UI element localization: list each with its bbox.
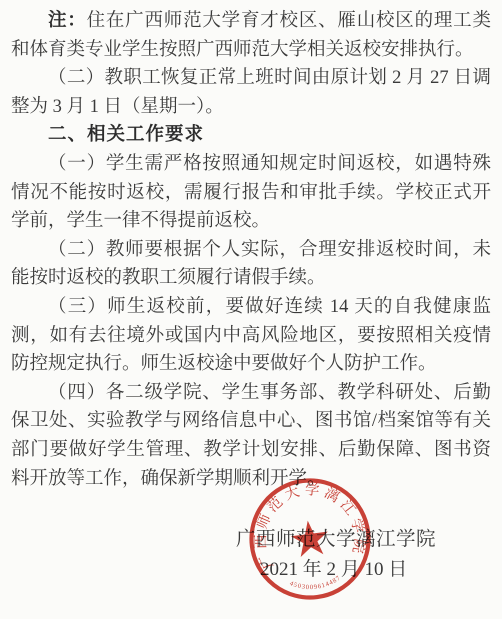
notice-document-page: 注：住在广西师范大学育才校区、雁山校区的理工类和体育类专业学生按照广西师范大学相… xyxy=(0,0,502,619)
staff-schedule-paragraph: （二）教职工恢复正常上班时间由原计划 2 月 27 日调整为 3 月 1 日（星… xyxy=(11,64,491,121)
document-body: 注：住在广西师范大学育才校区、雁山校区的理工类和体育类专业学生按照广西师范大学相… xyxy=(0,0,502,493)
requirement-paragraph-1: （一）学生需严格按照通知规定时间返校，如遇特殊情况不能按时返校，需履行报告和审批… xyxy=(11,150,491,236)
note-label: 注： xyxy=(48,11,87,31)
note-paragraph: 注：住在广西师范大学育才校区、雁山校区的理工类和体育类专业学生按照广西师范大学相… xyxy=(11,7,491,64)
seal-star-icon xyxy=(289,518,330,558)
requirement-paragraph-2: （二）教师要根据个人实际，合理安排返校时间，未能按时返校的教职工须履行请假手续。 xyxy=(11,236,491,293)
requirement-paragraph-3: （三）师生返校前，要做好连续 14 天的自我健康监测，如有去往境外或国内中高风险… xyxy=(11,293,491,379)
section-heading: 二、相关工作要求 xyxy=(11,121,491,150)
requirement-paragraph-4: （四）各二级学院、学生事务部、教学科研处、后勤保卫处、实验教学与网络信息中心、图… xyxy=(11,379,491,493)
official-seal: 广西师范大学漓江学院 4503009614487 xyxy=(238,467,383,612)
